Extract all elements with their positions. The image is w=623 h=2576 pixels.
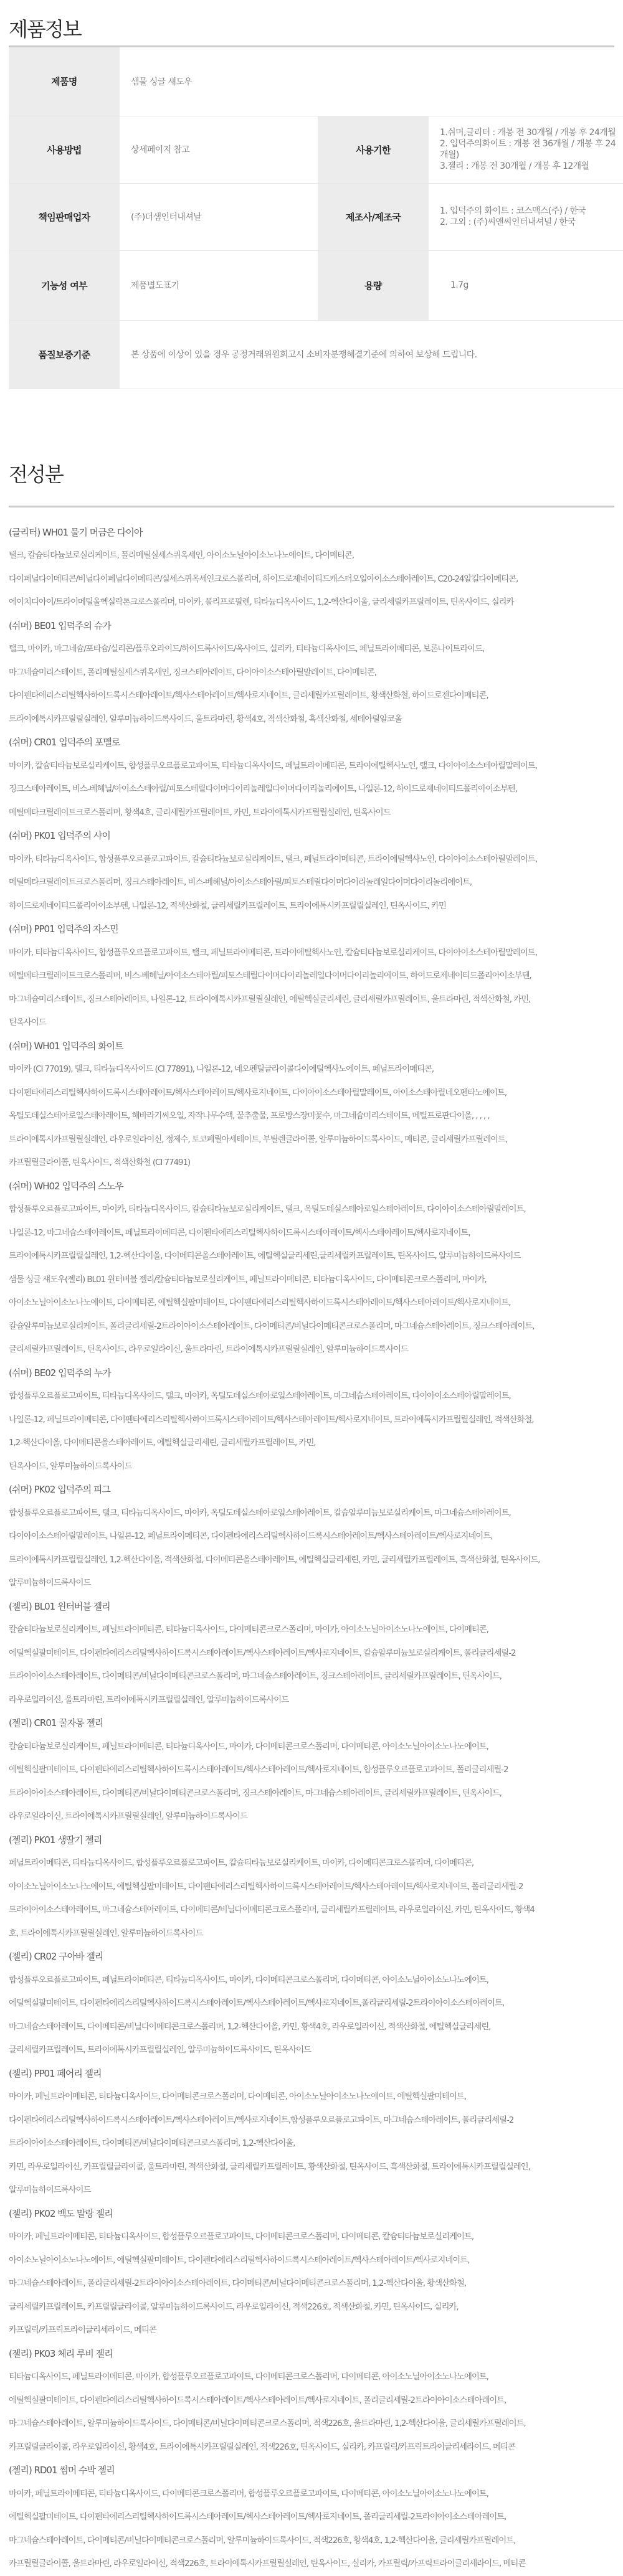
product-name-value: 샘물 싱글 섀도우 [120, 47, 623, 116]
ingredient-line: 마이카, 티타늄디옥사이드, 합성플루오르플로고파이트, 탤크, 페닐트라이메티… [9, 941, 614, 965]
ingredient-line: 에이치디아이/트라이메틸올헥실락톤크로스폴리머, 마이카, 폴리프로필렌, 티타… [9, 591, 614, 615]
ingredient-line: 탤크, 칼슘티타늄보로실리케이트, 폴리메틸실세스퀴옥세인, 아이소노닐아이소노… [9, 544, 614, 568]
ingredient-text: 마이카, 페닐트라이메티콘, 티타늄디옥사이드, 다이메티콘크로스폴리머, 합성… [9, 2483, 614, 2576]
ingredient-line: 다이아이소스테아릴말레이트, 나일론-12, 페닐트라이메티콘, 다이펜타에리스… [9, 1525, 614, 1549]
ingredient-line: 알루미늄하이드록사이드 [9, 2179, 614, 2202]
ingredient-line: 페닐트라이메티콘, 티타늄디옥사이드, 합성플루오르플로고파이트, 칼슘티타늄보… [9, 1852, 614, 1875]
ingredient-shade-heading: (쉬머) WH01 입덕주의 화이트 [9, 1035, 614, 1059]
ingredient-block: (쉬머) WH01 입덕주의 화이트마이카 (CI 77019), 탤크, 티타… [9, 1035, 614, 1175]
ingredient-line: 마그네슘스테아레이트, 다이메티콘/비닐다이메티콘크로스폴리머, 알루미늄하이드… [9, 2529, 614, 2553]
usage-value: 상세페이지 참고 [120, 116, 318, 183]
ingredient-text: 마이카, 페닐트라이메티콘, 티타늄디옥사이드, 합성플루오르플로고파이트, 다… [9, 2225, 614, 2342]
capacity-label: 용량 [318, 250, 429, 320]
ingredients-title: 전성분 [0, 459, 623, 506]
ingredient-line: 아이소노닐아이소노나노에이트, 에틸헥실팔미테이트, 다이펜타에리스리틸헥사하이… [9, 2249, 614, 2273]
ingredient-text: 합성플루오르플로고파이트, 마이카, 티타늄디옥사이드, 칼슘티타늄보로실리케이… [9, 1198, 614, 1362]
product-info-table: 제품명 샘물 싱글 섀도우 사용방법 상세페이지 참고 사용기한 1.쉬머,글리… [9, 47, 623, 389]
ingredient-line: 트라이에톡시카프릴릴실레인, 라우로일라이신, 정제수, 토코페릴아세테이트, … [9, 1128, 614, 1152]
ingredient-text: 탤크, 칼슘티타늄보로실리케이트, 폴리메틸실세스퀴옥세인, 아이소노닐아이소노… [9, 544, 614, 615]
product-info-title: 제품정보 [0, 0, 623, 45]
info-row-quality: 품질보증기준 본 상품에 이상이 있을 경우 공정거래위원회고시 소비자분쟁해결… [9, 320, 623, 389]
ingredient-text: 칼슘티타늄보로실리케이트, 페닐트라이메티콘, 티타늄디옥사이드, 다이메티콘크… [9, 1618, 614, 1712]
ingredient-block: (쉬머) BE02 입덕주의 누가합성플루오르플로고파이트, 티타늄디옥사이드,… [9, 1362, 614, 1479]
product-name-label: 제품명 [9, 47, 120, 116]
ingredient-line: 다이펜타에리스리틸헥사하이드록시스테아레이트/헥사스테아레이트/헥사로지네이트,… [9, 1082, 614, 1105]
ingredient-line: 칼슘알루미늄보로실리케이트, 폴리글리세릴-2트라이아이소스테아레이트, 다이메… [9, 1315, 614, 1339]
ingredient-line: 트라이아이소스테아레이트, 마그네슘스테아레이트, 다이메티콘/비닐다이메티콘크… [9, 1899, 614, 1922]
ingredient-shade-heading: (쉬머) WH02 입덕주의 스노우 [9, 1175, 614, 1199]
ingredient-line: 에틸헥실팔미테이트, 다이펜타에리스리틸헥사하이드록시스테아레이트/헥사스테아레… [9, 2506, 614, 2529]
ingredient-line: 에틸헥실팔미테이트, 다이펜타에리스리틸헥사하이드록시스테아레이트/헥사스테아레… [9, 1758, 614, 1782]
expiry-line: 3.젤리 : 개봉 전 30개월 / 개봉 후 12개월 [440, 161, 623, 172]
ingredient-line: 옥틸도데실스테아로일스테아레이트, 해바라기씨오일, 자작나무수액, 꿀추출물,… [9, 1105, 614, 1128]
info-row-seller: 책임판매업자 (주)더샘인터내셔날 제조사/제조국 1. 입덕주의 화이트 : … [9, 183, 623, 250]
functional-label: 기능성 여부 [9, 250, 120, 320]
seller-value: (주)더샘인터내셔날 [120, 183, 318, 250]
ingredient-line: 메틸메타크릴레이트크로스폴리머, 황색4호, 글리세릴카프릴레이트, 카민, 트… [9, 801, 614, 825]
ingredient-line: 아이소노닐아이소노나노에이트, 에틸헥실팔미테이트, 다이펜타에리스리틸헥사하이… [9, 1875, 614, 1899]
ingredient-line: 나일론-12, 마그네슘스테아레이트, 페닐트라이메티콘, 다이펜타에리스리틸헥… [9, 1222, 614, 1245]
ingredient-block: (쉬머) PK01 입덕주의 샤이마이카, 티타늄디옥사이드, 합성플루오르플로… [9, 824, 614, 918]
ingredient-block: (젤리) PK02 백도 말랑 젤리마이카, 페닐트라이메티콘, 티타늄디옥사이… [9, 2202, 614, 2342]
maker-line: 1. 입덕주의 화이트 : 코스맥스(주) / 한국 [440, 205, 623, 217]
info-row-usage: 사용방법 상세페이지 참고 사용기한 1.쉬머,글리터 : 개봉 전 30개월 … [9, 116, 623, 183]
ingredient-line: 마이카, 페닐트라이메티콘, 티타늄디옥사이드, 다이메티콘크로스폴리머, 합성… [9, 2483, 614, 2506]
ingredient-shade-heading: (쉬머) BE02 입덕주의 누가 [9, 1362, 614, 1385]
ingredient-line: 마그네슘스테아레이트, 폴리글리세릴-2트라이아이소스테아레이트, 다이메티콘/… [9, 2272, 614, 2296]
ingredient-block: (젤리) RD01 썸머 수박 젤리마이카, 페닐트라이메티콘, 티타늄디옥사이… [9, 2459, 614, 2576]
ingredient-shade-heading: (젤리) RD01 썸머 수박 젤리 [9, 2459, 614, 2483]
ingredient-shade-heading: (젤리) CR01 꿀자몽 젤리 [9, 1712, 614, 1735]
info-row-name: 제품명 샘물 싱글 섀도우 [9, 47, 623, 116]
ingredient-text: 페닐트라이메티콘, 티타늄디옥사이드, 합성플루오르플로고파이트, 칼슘티타늄보… [9, 1852, 614, 1945]
ingredient-line: 트라이에톡시카프릴릴실레인, 1,2-헥산다이올, 적색산화철, 다이메티콘올스… [9, 1549, 614, 1572]
ingredient-line: 호, 트라이에톡시카프릴릴실레인, 알루미늄하이드록사이드 [9, 1922, 614, 1946]
ingredient-shade-heading: (젤리) BL01 윈터버블 젤리 [9, 1595, 614, 1619]
ingredient-line: 에틸헥실팔미테이트, 다이펜타에리스리틸헥사하이드록시스테아레이트/헥사스테아레… [9, 1992, 614, 2016]
ingredient-line: 마이카, 페닐트라이메티콘, 티타늄디옥사이드, 다이메티콘크로스폴리머, 다이… [9, 2085, 614, 2109]
expiry-line: 2. 입덕주의화이트 : 개봉 전 36개월 / 개봉 후 24개월) [440, 138, 623, 161]
ingredient-line: 칼슘티타늄보로실리케이트, 페닐트라이메티콘, 티타늄디옥사이드, 마이카, 다… [9, 1735, 614, 1759]
ingredient-shade-heading: (쉬머) CR01 입덕주의 포멜로 [9, 731, 614, 755]
ingredient-line: 마이카, 칼슘티타늄보로실리케이트, 합성플루오르플로고파이트, 티타늄디옥사이… [9, 755, 614, 778]
ingredient-shade-heading: (글리터) WH01 물기 머금은 다이아 [9, 521, 614, 545]
ingredient-line: 칼슘티타늄보로실리케이트, 페닐트라이메티콘, 티타늄디옥사이드, 다이메티콘크… [9, 1618, 614, 1642]
quality-value: 본 상품에 이상이 있을 경우 공정거래위원회고시 소비자분쟁해결기준에 의하여… [120, 320, 623, 389]
ingredient-shade-heading: (쉬머) PK01 입덕주의 샤이 [9, 824, 614, 848]
ingredient-line: 트라이에톡시카프릴릴실레인, 알루미늄하이드록사이드, 울트라마린, 황색4호,… [9, 708, 614, 732]
ingredient-line: 트라이아이소스테아레이트, 다이메티콘/비닐다이메티콘크로스폴리머, 징크스테아… [9, 1782, 614, 1806]
maker-line: 2. 그외 : (주)씨앤씨인터내셔널 / 한국 [440, 217, 623, 228]
ingredient-text: 티타늄디옥사이드, 페닐트라이메티콘, 마이카, 합성플루오르플로고파이트, 다… [9, 2366, 614, 2459]
ingredient-text: 마이카, 티타늄디옥사이드, 합성플루오르플로고파이트, 탤크, 페닐트라이메티… [9, 941, 614, 1035]
ingredient-line: 나일론-12, 페닐트라이메티콘, 다이펜타에리스리틸헥사하이드록시스테아레이트… [9, 1408, 614, 1432]
ingredient-line: 아이소노닐아이소노나노에이트, 다이메티콘, 에틸헥실팔미테이트, 다이펜타에리… [9, 1291, 614, 1315]
ingredient-line: 메틸메타크릴레이트크로스폴리머, 징크스테아레이트, 비스-베헤닐/아이소스테아… [9, 871, 614, 895]
expiry-label: 사용기한 [318, 116, 429, 183]
ingredient-line: 라우로일라이신, 트라이에톡시카프릴릴실레인, 알루미늄하이드록사이드 [9, 1805, 614, 1829]
maker-label: 제조사/제조국 [318, 183, 429, 250]
ingredient-line: 트라이에톡시카프릴릴실레인, 1,2-헥산다이올, 다이메티콘올스테아레이트, … [9, 1245, 614, 1268]
ingredient-line: 알루미늄하이드록사이드 [9, 1572, 614, 1595]
ingredient-line: 카프릴릴글라이콜, 울트라마린, 라우로일라이신, 적색226호, 트라이에톡시… [9, 2552, 614, 2576]
ingredient-line: 마그네슘미리스테이트, 징크스테아레이트, 나일론-12, 트라이에톡시카프릴릴… [9, 988, 614, 1012]
ingredient-line: 다이펜타에리스리틸헥사하이드록시스테아레이트/헥사스테아레이트/헥사로지네이트,… [9, 684, 614, 708]
ingredient-text: 탤크, 마이카, 마그네슘/포타슘/실리콘/플루오라이드/하이드록사이드/옥사이… [9, 638, 614, 731]
capacity-value: 1.7g [429, 250, 623, 320]
info-row-functional: 기능성 여부 제품별도표기 용량 1.7g [9, 250, 623, 320]
ingredient-block: (쉬머) PP01 입덕주의 자스민마이카, 티타늄디옥사이드, 합성플루오르플… [9, 918, 614, 1035]
maker-value: 1. 입덕주의 화이트 : 코스맥스(주) / 한국 2. 그외 : (주)씨앤… [429, 183, 623, 250]
ingredient-line: 트라이아이소스테아레이트, 다이메티콘/비닐다이메티콘크로스폴리머, 마그네슘스… [9, 1665, 614, 1689]
ingredient-line: 합성플루오르플로고파이트, 페닐트라이메티콘, 티타늄디옥사이드, 마이카, 다… [9, 1969, 614, 1993]
ingredient-block: (젤리) CR02 구아바 젤리합성플루오르플로고파이트, 페닐트라이메티콘, … [9, 1945, 614, 2062]
ingredient-text: 마이카, 티타늄디옥사이드, 합성플루오르플로고파이트, 칼슘티타늄보로실리케이… [9, 848, 614, 918]
ingredient-shade-heading: (쉬머) PP01 입덕주의 자스민 [9, 918, 614, 941]
ingredient-block: (젤리) PP01 페어리 젤리마이카, 페닐트라이메티콘, 티타늄디옥사이드,… [9, 2062, 614, 2202]
seller-label: 책임판매업자 [9, 183, 120, 250]
ingredient-block: (젤리) CR01 꿀자몽 젤리칼슘티타늄보로실리케이트, 페닐트라이메티콘, … [9, 1712, 614, 1829]
ingredient-block: (쉬머) BE01 입덕주의 슈가탤크, 마이카, 마그네슘/포타슘/실리콘/플… [9, 615, 614, 732]
expiry-value: 1.쉬머,글리터 : 개봉 전 30개월 / 개봉 후 24개월 2. 입덕주의… [429, 116, 623, 183]
ingredient-block: (젤리) PK01 생딸기 젤리페닐트라이메티콘, 티타늄디옥사이드, 합성플루… [9, 1829, 614, 1946]
ingredient-shade-heading: (젤리) PK03 체리 루비 젤리 [9, 2342, 614, 2366]
ingredient-block: (젤리) PK03 체리 루비 젤리티타늄디옥사이드, 페닐트라이메티콘, 마이… [9, 2342, 614, 2460]
ingredient-line: 메틸메타크릴레이트크로스폴리머, 비스-베헤닐/아이소스테아릴/피토스테릴다이머… [9, 965, 614, 988]
ingredient-line: 글리세릴카프릴레이트, 카프릴릴글라이콜, 알루미늄하이드록사이드, 라우로일라… [9, 2296, 614, 2319]
ingredient-line: 마그네슘스테아레이트, 다이메티콘/비닐다이메티콘크로스폴리머, 1,2-헥산다… [9, 2016, 614, 2039]
ingredient-line: 다이페닐다이메티콘/비닐다이페닐다이메티콘/실세스퀴옥세인크로스폴리머, 하이드… [9, 568, 614, 592]
ingredient-text: 합성플루오르플로고파이트, 탤크, 티타늄디옥사이드, 마이카, 옥틸도데실스테… [9, 1502, 614, 1595]
ingredient-line: 1,2-헥산다이올, 다이메티콘올스테아레이트, 에틸헥실글리세린, 글리세릴카… [9, 1432, 614, 1455]
ingredient-line: 마그네슘미리스테이트, 폴리메틸실세스퀴옥세인, 징크스테아레이트, 다이아이소… [9, 661, 614, 685]
ingredient-line: 마이카, 티타늄디옥사이드, 합성플루오르플로고파이트, 칼슘티타늄보로실리케이… [9, 848, 614, 872]
ingredient-line: 카프릴릴글라이콜, 라우로일라이신, 황색4호, 트라이에톡시카프릴릴실레인, … [9, 2436, 614, 2460]
ingredient-line: 합성플루오르플로고파이트, 탤크, 티타늄디옥사이드, 마이카, 옥틸도데실스테… [9, 1502, 614, 1526]
ingredient-line: 글리세릴카프릴레이트, 틴옥사이드, 라우로일라이신, 울트라마린, 트라이에톡… [9, 1338, 614, 1362]
usage-label: 사용방법 [9, 116, 120, 183]
ingredient-text: 마이카, 페닐트라이메티콘, 티타늄디옥사이드, 다이메티콘크로스폴리머, 다이… [9, 2085, 614, 2202]
expiry-line: 1.쉬머,글리터 : 개봉 전 30개월 / 개봉 후 24개월 [440, 127, 623, 138]
ingredient-line: 카민, 라우로일라이신, 카프릴릴글라이콜, 울트라마린, 적색산화철, 글리세… [9, 2156, 614, 2179]
ingredients-list: (글리터) WH01 물기 머금은 다이아탤크, 칼슘티타늄보로실리케이트, 폴… [0, 507, 623, 2576]
ingredient-text: 합성플루오르플로고파이트, 티타늄디옥사이드, 탤크, 마이카, 옥틸도데실스테… [9, 1385, 614, 1478]
ingredient-line: 하이드로제네이티드폴리아이소부텐, 나일론-12, 적색산화철, 글리세릴카프릴… [9, 895, 614, 918]
ingredient-block: (글리터) WH01 물기 머금은 다이아탤크, 칼슘티타늄보로실리케이트, 폴… [9, 521, 614, 615]
ingredient-line: 티타늄디옥사이드, 페닐트라이메티콘, 마이카, 합성플루오르플로고파이트, 다… [9, 2366, 614, 2389]
ingredient-line: 글리세릴카프릴레이트, 트라이에톡시카프릴릴실레인, 알루미늄하이드록사이드, … [9, 2039, 614, 2062]
ingredient-line: 합성플루오르플로고파이트, 티타늄디옥사이드, 탤크, 마이카, 옥틸도데실스테… [9, 1385, 614, 1408]
ingredient-shade-heading: (젤리) CR02 구아바 젤리 [9, 1945, 614, 1969]
ingredient-block: (쉬머) PK02 입덕주의 피그합성플루오르플로고파이트, 탤크, 티타늄디옥… [9, 1478, 614, 1595]
ingredient-shade-heading: (젤리) PK01 생딸기 젤리 [9, 1829, 614, 1852]
ingredient-line: 트라이아이소스테아레이트, 다이메티콘/비닐다이메티콘크로스폴리머, 1,2-헥… [9, 2132, 614, 2156]
ingredient-block: (쉬머) WH02 입덕주의 스노우합성플루오르플로고파이트, 마이카, 티타늄… [9, 1175, 614, 1362]
ingredient-shade-heading: (쉬머) BE01 입덕주의 슈가 [9, 615, 614, 638]
quality-label: 품질보증기준 [9, 320, 120, 389]
ingredient-line: 탤크, 마이카, 마그네슘/포타슘/실리콘/플루오라이드/하이드록사이드/옥사이… [9, 638, 614, 661]
ingredient-line: 마이카, 페닐트라이메티콘, 티타늄디옥사이드, 합성플루오르플로고파이트, 다… [9, 2225, 614, 2249]
ingredient-line: 틴옥사이드, 알루미늄하이드록사이드 [9, 1455, 614, 1479]
ingredient-block: (쉬머) CR01 입덕주의 포멜로마이카, 칼슘티타늄보로실리케이트, 합성플… [9, 731, 614, 824]
ingredient-line: 틴옥사이드 [9, 1011, 614, 1035]
ingredient-line: 마이카 (CI 77019), 탤크, 티타늄디옥사이드 (CI 77891),… [9, 1058, 614, 1082]
functional-value: 제품별도표기 [120, 250, 318, 320]
ingredient-shade-heading: (쉬머) PK02 입덕주의 피그 [9, 1478, 614, 1502]
ingredient-text: 마이카 (CI 77019), 탤크, 티타늄디옥사이드 (CI 77891),… [9, 1058, 614, 1175]
ingredient-line: 에틸헥실팔미테이트, 다이펜타에리스리틸헥사하이드록시스테아레이트/헥사스테아레… [9, 2389, 614, 2413]
ingredient-line: 라우로일라이신, 울트라마린, 트라이에톡시카프릴릴실레인, 알루미늄하이드록사… [9, 1689, 614, 1712]
ingredient-line: 합성플루오르플로고파이트, 마이카, 티타늄디옥사이드, 칼슘티타늄보로실리케이… [9, 1198, 614, 1222]
ingredient-text: 칼슘티타늄보로실리케이트, 페닐트라이메티콘, 티타늄디옥사이드, 마이카, 다… [9, 1735, 614, 1829]
ingredient-line: 카프릴릴글라이콜, 틴옥사이드, 적색산화철 (CI 77491) [9, 1151, 614, 1175]
ingredient-line: 샘물 싱글 섀도우(젤리) BL01 윈터버블 젤리/칼슘티타늄보로실리케이트,… [9, 1268, 614, 1292]
ingredient-line: 카프릴릭/카프릭트라이글리세라이드, 메티콘 [9, 2319, 614, 2342]
ingredient-line: 징크스테아레이트, 비스-베헤닐/아이소스테아릴/피토스테릴다이머다이리놀레일다… [9, 778, 614, 801]
ingredient-shade-heading: (젤리) PK02 백도 말랑 젤리 [9, 2202, 614, 2226]
ingredient-line: 다이펜타에리스리틸헥사하이드록시스테아레이트/헥사스테아레이트/헥사로지네이트,… [9, 2109, 614, 2133]
ingredient-text: 마이카, 칼슘티타늄보로실리케이트, 합성플루오르플로고파이트, 티타늄디옥사이… [9, 755, 614, 825]
ingredient-text: 합성플루오르플로고파이트, 페닐트라이메티콘, 티타늄디옥사이드, 마이카, 다… [9, 1969, 614, 2062]
ingredient-line: 에틸헥실팔미테이트, 다이펜타에리스리틸헥사하이드록시스테아레이트/헥사스테아레… [9, 1642, 614, 1666]
ingredient-block: (젤리) BL01 윈터버블 젤리칼슘티타늄보로실리케이트, 페닐트라이메티콘,… [9, 1595, 614, 1712]
ingredient-shade-heading: (젤리) PP01 페어리 젤리 [9, 2062, 614, 2086]
ingredient-line: 마그네슘스테아레이트, 알루미늄하이드록사이드, 다이메티콘/비닐다이메티콘크로… [9, 2412, 614, 2436]
